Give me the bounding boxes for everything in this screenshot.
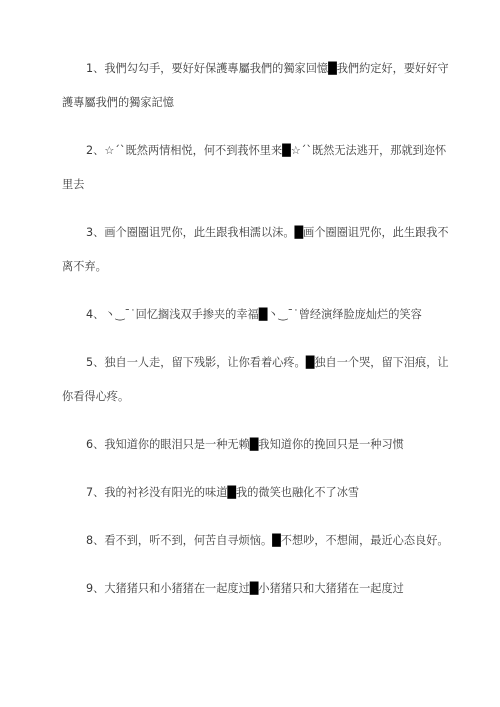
quote-item: 9、大猪猪只和小猪猪在一起度过█小猪猪只和大猪猪在一起度过	[62, 572, 452, 606]
quote-item: 6、我知道你的眼泪只是一种无赖█我知道你的挽回只是一种习惯	[62, 428, 452, 462]
quote-second-half: 我的微笑也融化不了冰雪	[236, 486, 359, 499]
quote-index: 5、	[86, 356, 104, 369]
quote-first-half: ☆´ˋ既然两情相悦，何不到莪怀里来	[104, 144, 282, 157]
separator-block-icon: █	[272, 534, 281, 547]
quote-first-half: 大猪猪只和小猪猪在一起度过	[104, 582, 249, 595]
quote-first-half: 我們勾勾手，要好好保護專屬我們的獨家回憶	[104, 62, 328, 75]
quote-first-half: 看不到，听不到，何苦自寻烦恼。	[104, 534, 272, 547]
quote-item: 5、独自一人走，留下残影，让你看着心疼。█独自一个哭，留下泪痕，让你看得心疼。	[62, 346, 452, 414]
quote-index: 8、	[86, 534, 104, 547]
quote-item: 1、我們勾勾手，要好好保護專屬我們的獨家回憶█我們約定好，要好好守護專屬我們的獨…	[62, 52, 452, 120]
quote-index: 7、	[86, 486, 104, 499]
quote-second-half: 小猪猪只和大猪猪在一起度过	[258, 582, 403, 595]
separator-block-icon: █	[328, 62, 337, 75]
quote-index: 3、	[86, 226, 104, 239]
quote-first-half: 我知道你的眼泪只是一种无赖	[104, 438, 249, 451]
quote-item: 7、我的衬衫没有阳光的味道█我的微笑也融化不了冰雪	[62, 476, 452, 510]
quote-item: 2、☆´ˋ既然两情相悦，何不到莪怀里来█☆´ˋ既然无法逃开，那就到迩怀里去	[62, 134, 452, 202]
quote-list: 1、我們勾勾手，要好好保護專屬我們的獨家回憶█我們約定好，要好好守護專屬我們的獨…	[62, 52, 452, 606]
quote-second-half: 丶‿ˉ˙曾经演绎脸庞灿烂的笑容	[267, 308, 421, 321]
quote-index: 2、	[86, 144, 104, 157]
quote-item: 4、丶‿ˉ˙回忆搁浅双手掺夹的幸福█丶‿ˉ˙曾经演绎脸庞灿烂的笑容	[62, 298, 452, 332]
quote-first-half: 画个圈圈诅咒你，此生跟我相濡以沫。	[104, 226, 294, 239]
quote-first-half: 我的衬衫没有阳光的味道	[104, 486, 227, 499]
quote-item: 8、看不到，听不到，何苦自寻烦恼。█不想吵，不想闹，最近心态良好。	[62, 524, 452, 558]
separator-block-icon: █	[282, 144, 291, 157]
quote-first-half: 丶‿ˉ˙回忆搁浅双手掺夹的幸福	[104, 308, 258, 321]
quote-second-half: 我知道你的挽回只是一种习惯	[258, 438, 403, 451]
quote-index: 9、	[86, 582, 104, 595]
quote-item: 3、画个圈圈诅咒你，此生跟我相濡以沫。█画个圈圈诅咒你，此生跟我不离不弃。	[62, 216, 452, 284]
document-page: 1、我們勾勾手，要好好保護專屬我們的獨家回憶█我們約定好，要好好守護專屬我們的獨…	[0, 0, 500, 707]
quote-second-half: 不想吵，不想闹，最近心态良好。	[281, 534, 449, 547]
separator-block-icon: █	[295, 226, 304, 239]
separator-block-icon: █	[227, 486, 236, 499]
quote-first-half: 独自一人走，留下残影，让你看着心疼。	[104, 356, 305, 369]
quote-index: 1、	[86, 62, 104, 75]
quote-index: 6、	[86, 438, 104, 451]
quote-index: 4、	[86, 308, 104, 321]
